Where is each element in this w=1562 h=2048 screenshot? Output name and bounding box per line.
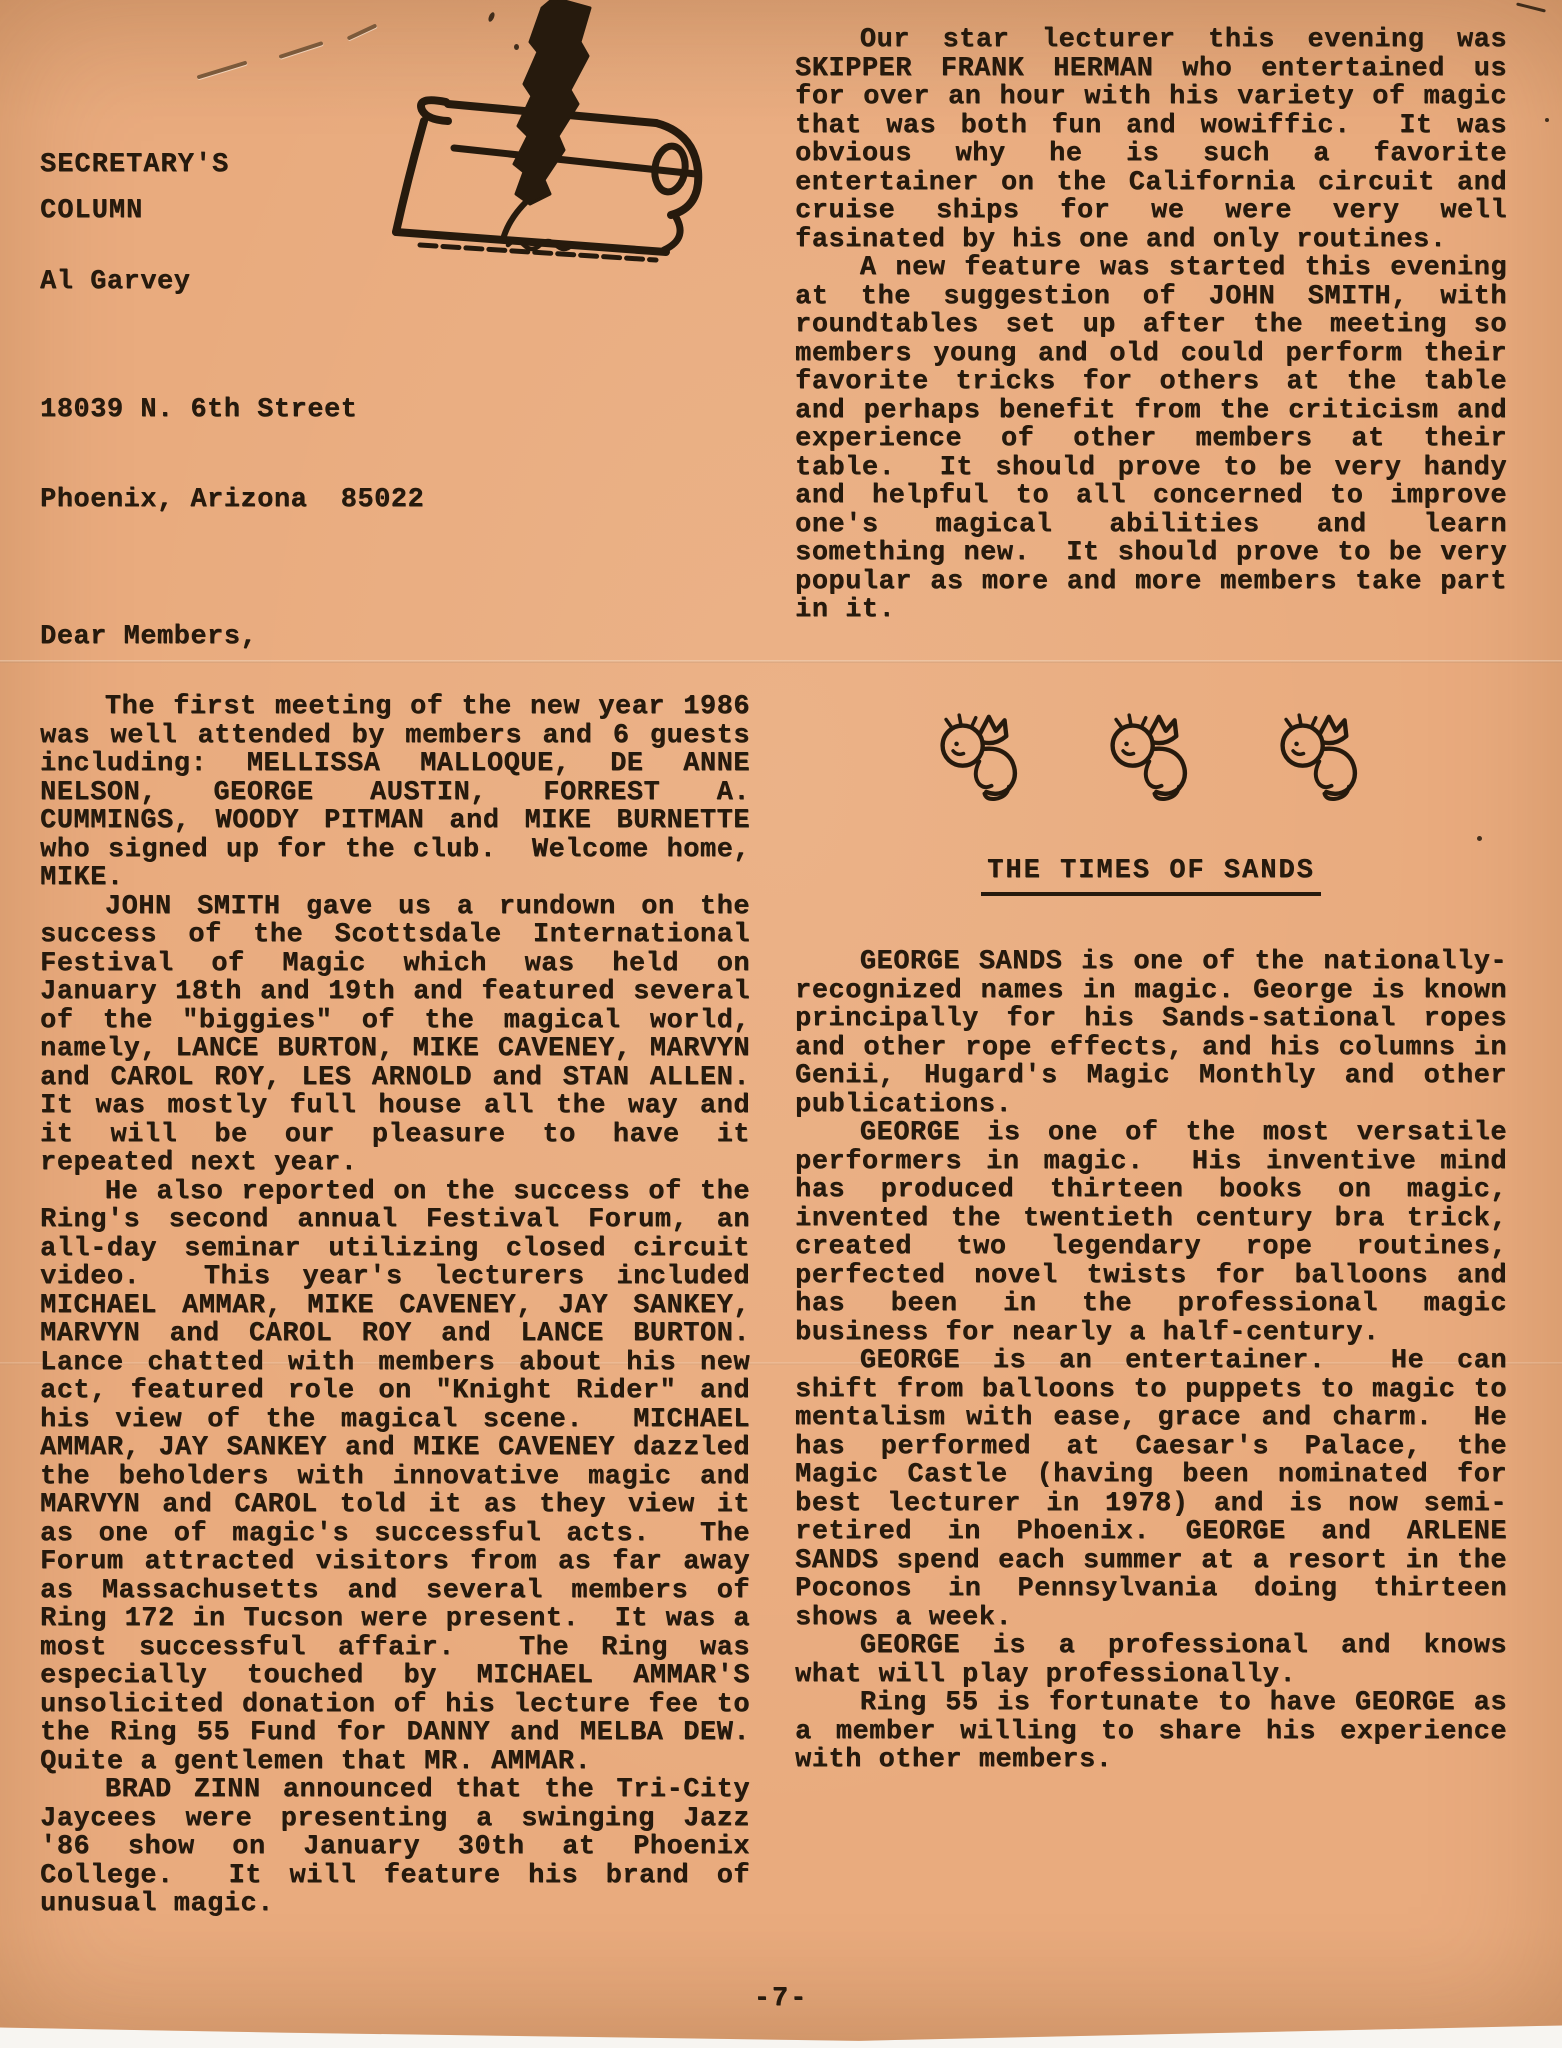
paragraph: He also reported on the success of the R… <box>40 1178 750 1777</box>
section-title: THE TIMES OF SANDS <box>981 857 1321 897</box>
left-column: SECRETARY'S COLUMN Al Garvey 18039 N. 6t… <box>40 0 750 1919</box>
paragraph: GEORGE SANDS is one of the nationally-re… <box>795 948 1507 1119</box>
paragraph: GEORGE is a professional and knows what … <box>795 1632 1507 1689</box>
section-body: GEORGE SANDS is one of the nationally-re… <box>795 948 1507 1775</box>
paragraph: Our star lecturer this evening was SKIPP… <box>795 26 1507 254</box>
cherub-trio-ornament <box>795 705 1507 809</box>
cherub-icon <box>1103 705 1199 809</box>
address-line: 18039 N. 6th Street <box>40 395 750 425</box>
paragraph: The first meeting of the new year 1986 w… <box>40 693 750 893</box>
page-number: -7- <box>0 1984 1562 2014</box>
address-line: Phoenix, Arizona 85022 <box>40 485 750 515</box>
cherub-icon <box>933 705 1029 809</box>
paragraph: BRAD ZINN announced that the Tri-City Ja… <box>40 1776 750 1919</box>
newsletter-page: SECRETARY'S COLUMN Al Garvey 18039 N. 6t… <box>0 0 1562 2048</box>
salutation: Dear Members, <box>40 623 750 652</box>
author-name: Al Garvey <box>40 268 750 297</box>
paragraph: GEORGE is an entertainer. He can shift f… <box>795 1347 1507 1632</box>
section-title-wrap: THE TIMES OF SANDS <box>795 857 1507 897</box>
masthead-line: COLUMN <box>40 188 750 234</box>
ink-speck <box>1516 2 1546 12</box>
paragraph: JOHN SMITH gave us a rundown on the succ… <box>40 893 750 1178</box>
paragraph: Ring 55 is fortunate to have GEORGE as a… <box>795 1689 1507 1775</box>
paragraph: A new feature was started this evening a… <box>795 254 1507 625</box>
ink-speck <box>1545 118 1549 122</box>
masthead-line: SECRETARY'S <box>40 142 750 188</box>
cherub-icon <box>1273 705 1369 809</box>
paragraph: GEORGE is one of the most versatile perf… <box>795 1119 1507 1347</box>
column-masthead: SECRETARY'S COLUMN <box>40 142 750 234</box>
right-column: Our star lecturer this evening was SKIPP… <box>795 26 1507 1775</box>
author-address: 18039 N. 6th Street Phoenix, Arizona 850… <box>40 335 750 575</box>
